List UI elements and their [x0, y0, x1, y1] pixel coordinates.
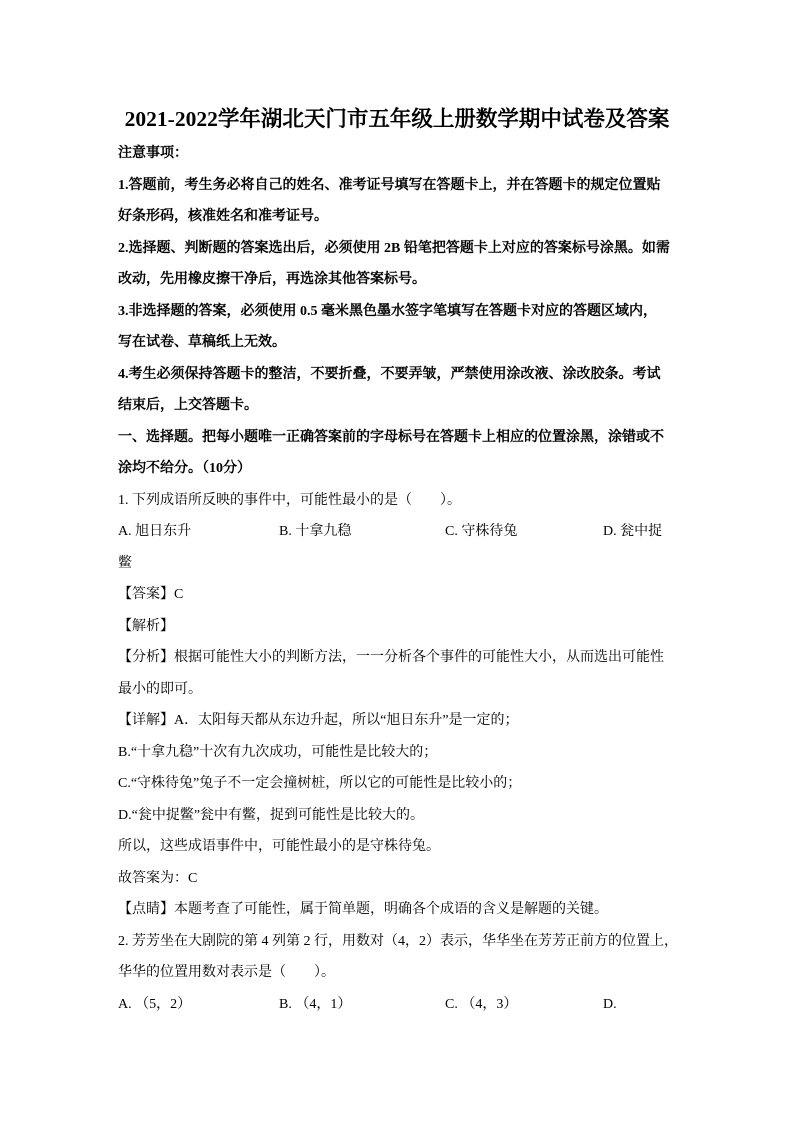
notice-item-4-line-2: 结束后，上交答题卡。 — [118, 390, 676, 422]
question-1-options-row: A. 旭日东升 B. 十拿九稳 C. 守株待兔 D. 瓮中捉 — [118, 516, 676, 548]
notice-item-3-line-2: 写在试卷、草稿纸上无效。 — [118, 327, 676, 359]
notice-heading: 注意事项： — [118, 138, 676, 170]
question-1-tips: 【点睛】本题考查了可能性，属于简单题，明确各个成语的含义是解题的关键。 — [118, 894, 676, 926]
question-1-detail-c: C.“守株待兔”兔子不一定会撞树桩，所以它的可能性是比较小的； — [118, 768, 676, 800]
question-1-option-b: B. 十拿九稳 — [279, 516, 445, 548]
question-1-option-d-overflow: 鳖 — [118, 548, 676, 580]
question-1-detail-a: 【详解】A．太阳每天都从东边升起，所以“旭日东升”是一定的； — [118, 705, 676, 737]
notice-item-2-line-1: 2.选择题、判断题的答案选出后，必须使用 2B 铅笔把答题卡上对应的答案标号涂黑… — [118, 233, 676, 265]
question-1-analysis-line-2: 最小的即可。 — [118, 674, 676, 706]
question-2-stem-line-1: 2. 芳芳坐在大剧院的第 4 列第 2 行，用数对（4，2）表示，华华坐在芳芳正… — [118, 926, 676, 958]
notice-item-3-line-1: 3.非选择题的答案，必须使用 0.5 毫米黑色墨水签字笔填写在答题卡对应的答题区… — [118, 296, 676, 328]
question-1-final-answer: 故答案为：C — [118, 863, 676, 895]
question-2-option-c: C. （4，3） — [445, 989, 603, 1021]
notice-item-2-line-2: 改动，先用橡皮擦干净后，再选涂其他答案标号。 — [118, 264, 676, 296]
exam-document-page: 2021-2022学年湖北天门市五年级上册数学期中试卷及答案 注意事项： 1.答… — [0, 0, 794, 1123]
question-2-option-a: A. （5，2） — [118, 989, 279, 1021]
section-heading-line-2: 涂均不给分。（10分） — [118, 453, 676, 485]
question-2-options-row: A. （5，2） B. （4，1） C. （4，3） D. — [118, 989, 676, 1021]
document-title: 2021-2022学年湖北天门市五年级上册数学期中试卷及答案 — [118, 107, 676, 131]
notice-item-1-line-2: 好条形码，核准姓名和准考证号。 — [118, 201, 676, 233]
question-1-conclusion: 所以，这些成语事件中，可能性最小的是守株待兔。 — [118, 831, 676, 863]
question-1-option-d: D. 瓮中捉 — [603, 516, 662, 548]
question-1-analysis-line-1: 【分析】根据可能性大小的判断方法，一一分析各个事件的可能性大小，从而选出可能性 — [118, 642, 676, 674]
question-2-option-d: D. — [603, 989, 617, 1021]
question-1-detail-b: B.“十拿九稳”十次有九次成功，可能性是比较大的； — [118, 737, 676, 769]
question-1-option-c: C. 守株待兔 — [445, 516, 603, 548]
question-1-detail-d: D.“瓮中捉鳖”瓮中有鳖，捉到可能性是比较大的。 — [118, 800, 676, 832]
notice-item-4-line-1: 4.考生必须保持答题卡的整洁，不要折叠，不要弄皱，严禁使用涂改液、涂改胶条。考试 — [118, 359, 676, 391]
question-2-stem-line-2: 华华的位置用数对表示是（ ）。 — [118, 957, 676, 989]
question-1-stem: 1. 下列成语所反映的事件中，可能性最小的是（ ）。 — [118, 485, 676, 517]
question-2-option-b: B. （4，1） — [279, 989, 445, 1021]
question-1-analysis-heading: 【解析】 — [118, 611, 676, 643]
question-1-answer: 【答案】C — [118, 579, 676, 611]
notice-item-1-line-1: 1.答题前，考生务必将自己的姓名、准考证号填写在答题卡上，并在答题卡的规定位置贴 — [118, 170, 676, 202]
question-1-option-a: A. 旭日东升 — [118, 516, 279, 548]
section-heading-line-1: 一、选择题。把每小题唯一正确答案前的字母标号在答题卡上相应的位置涂黑，涂错或不 — [118, 422, 676, 454]
